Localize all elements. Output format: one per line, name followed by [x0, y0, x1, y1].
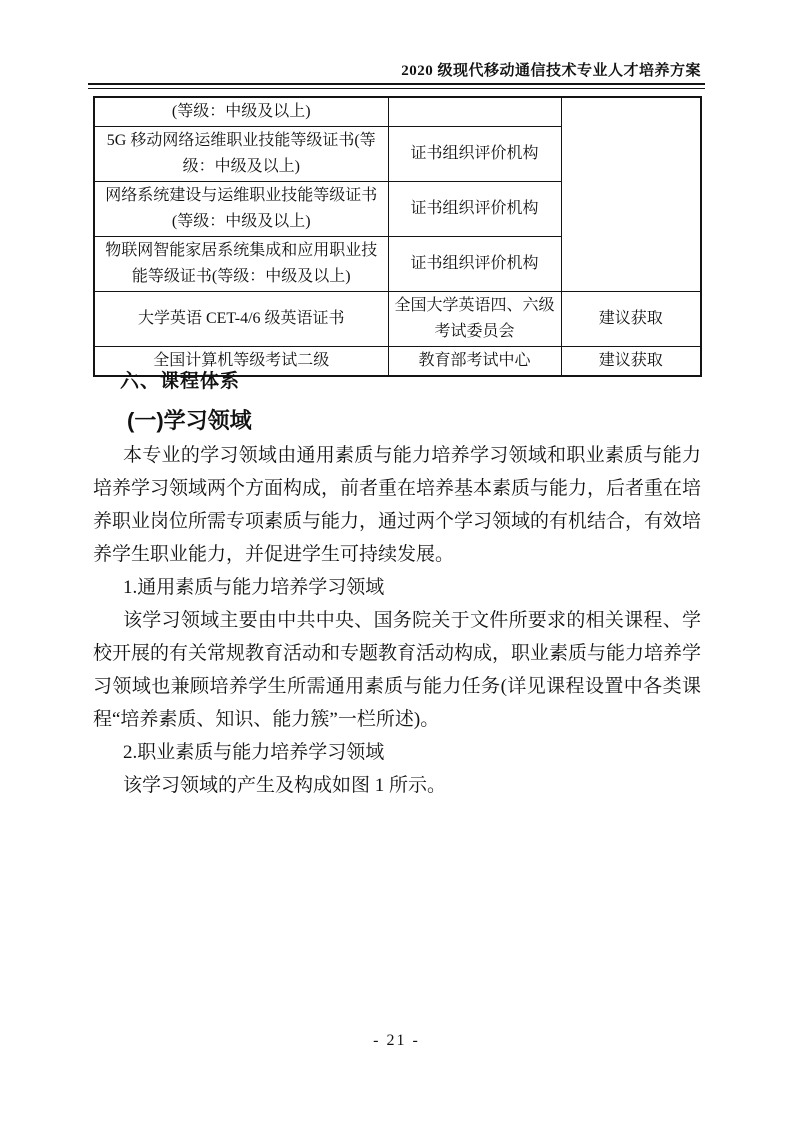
table-cell-recommendation: 建议获取 — [561, 347, 701, 377]
paragraph-item-1-title: 1.通用素质与能力培养学习领域 — [93, 571, 701, 604]
table-cell-issuer — [388, 97, 561, 127]
table-cell-certificate: 5G 移动网络运维职业技能等级证书(等级：中级及以上) — [94, 127, 388, 182]
table-cell-merged-empty — [561, 97, 701, 292]
table-cell-certificate: (等级：中级及以上) — [94, 97, 388, 127]
certificate-table: (等级：中级及以上) 5G 移动网络运维职业技能等级证书(等级：中级及以上) 证… — [93, 96, 702, 377]
header-double-rule — [88, 83, 705, 89]
section-heading-curriculum-system: 六、课程体系 — [120, 366, 240, 393]
paragraph-overview: 本专业的学习领域由通用素质与能力培养学习领域和职业素质与能力培养学习领域两个方面… — [93, 439, 701, 571]
subsection-heading-learning-domains: (一)学习领域 — [127, 404, 252, 435]
table-cell-certificate: 物联网智能家居系统集成和应用职业技能等级证书(等级：中级及以上) — [94, 237, 388, 292]
table-cell-issuer: 教育部考试中心 — [388, 347, 561, 377]
document-page: 2020 级现代移动通信技术专业人才培养方案 (等级：中级及以上) 5G 移动网… — [0, 0, 793, 1122]
paragraph-item-2-body: 该学习领域的产生及构成如图 1 所示。 — [93, 769, 701, 802]
page-number: - 21 - — [0, 1032, 793, 1050]
table-cell-certificate: 大学英语 CET-4/6 级英语证书 — [94, 292, 388, 347]
table-cell-issuer: 证书组织评价机构 — [388, 127, 561, 182]
table-cell-certificate: 网络系统建设与运维职业技能等级证书(等级：中级及以上) — [94, 182, 388, 237]
table-cell-recommendation: 建议获取 — [561, 292, 701, 347]
table-cell-issuer: 全国大学英语四、六级考试委员会 — [388, 292, 561, 347]
table-row: 大学英语 CET-4/6 级英语证书 全国大学英语四、六级考试委员会 建议获取 — [94, 292, 701, 347]
paragraph-item-2-title: 2.职业素质与能力培养学习领域 — [93, 736, 701, 769]
running-header-title: 2020 级现代移动通信技术专业人才培养方案 — [401, 59, 701, 80]
body-text-block: 本专业的学习领域由通用素质与能力培养学习领域和职业素质与能力培养学习领域两个方面… — [93, 439, 701, 802]
table-row: (等级：中级及以上) — [94, 97, 701, 127]
table-cell-issuer: 证书组织评价机构 — [388, 237, 561, 292]
paragraph-item-1-body: 该学习领域主要由中共中央、国务院关于文件所要求的相关课程、学校开展的有关常规教育… — [93, 604, 701, 736]
table-cell-issuer: 证书组织评价机构 — [388, 182, 561, 237]
